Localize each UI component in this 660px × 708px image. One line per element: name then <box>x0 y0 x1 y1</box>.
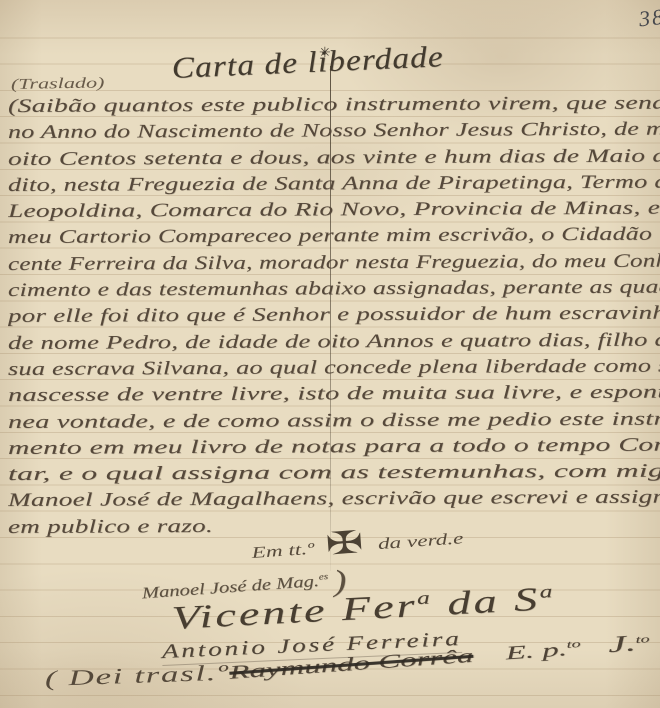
manuscript-line: tar, e o qual assigna com as testemunhas… <box>8 459 660 489</box>
manuscript-line: oito Centos setenta e dous, aos vinte e … <box>8 143 660 173</box>
manuscript-line: mento em meu livro de notas para a todo … <box>8 432 660 462</box>
manuscript-line: nascesse de ventre livre, isto de muita … <box>8 380 660 410</box>
page-number: 38 <box>638 4 660 33</box>
maltese-cross-icon: ✠ <box>325 527 365 561</box>
annotation-after-strike-2: J. <box>597 630 636 658</box>
manuscript-line: dito, nesta Freguezia de Santa Anna de P… <box>8 169 660 199</box>
manuscript-line: Leopoldina, Comarca do Rio Novo, Provinc… <box>8 196 660 226</box>
manuscript-line: meu Cartorio Compareceo perante mim escr… <box>8 222 660 252</box>
annotation-superscript-2: to <box>635 634 650 646</box>
manuscript-body: (Saibão quantos este publico instrumento… <box>8 94 660 556</box>
attestation-right-text: da verd.e <box>377 530 464 554</box>
manuscript-line: sua escrava Silvana, ao qual concede ple… <box>8 353 660 383</box>
manuscript-line: cimento e das testemunhas abaixo assigna… <box>8 275 660 305</box>
manuscript-line: de nome Pedro, de idade de oito Annos e … <box>8 327 660 357</box>
document-title: Carta de liberdade <box>171 40 444 86</box>
footer-note: ( Dei trasl.º <box>44 660 229 692</box>
manuscript-page: 38 (Traslado) Carta de liberdade ✳ (Saib… <box>0 0 660 708</box>
annotation-superscript: to <box>566 639 581 651</box>
manuscript-line: em publico e razo. <box>8 514 213 541</box>
margin-note: (Traslado) <box>11 75 105 94</box>
fold-mark-icon: ✳ <box>319 45 331 61</box>
manuscript-line: por elle foi dito que é Senhor e possuid… <box>8 301 660 331</box>
signature-grantor-superscript-2: a <box>539 581 556 602</box>
attestation-left-text: Em tt.º <box>251 540 315 562</box>
annotation-after-strike: E. p. <box>505 639 568 664</box>
manuscript-line: no Anno do Nascimento de Nosso Senhor Je… <box>8 117 660 147</box>
manuscript-line: Manoel José de Magalhaens, escrivão que … <box>8 485 660 515</box>
signature-grantor-surname: da S <box>432 582 541 624</box>
manuscript-line: cente Ferreira da Silva, morador nesta F… <box>8 248 660 278</box>
signature-notary-superscript: es <box>318 571 328 582</box>
manuscript-line: nea vontade, e de como assim o disse me … <box>8 406 660 436</box>
